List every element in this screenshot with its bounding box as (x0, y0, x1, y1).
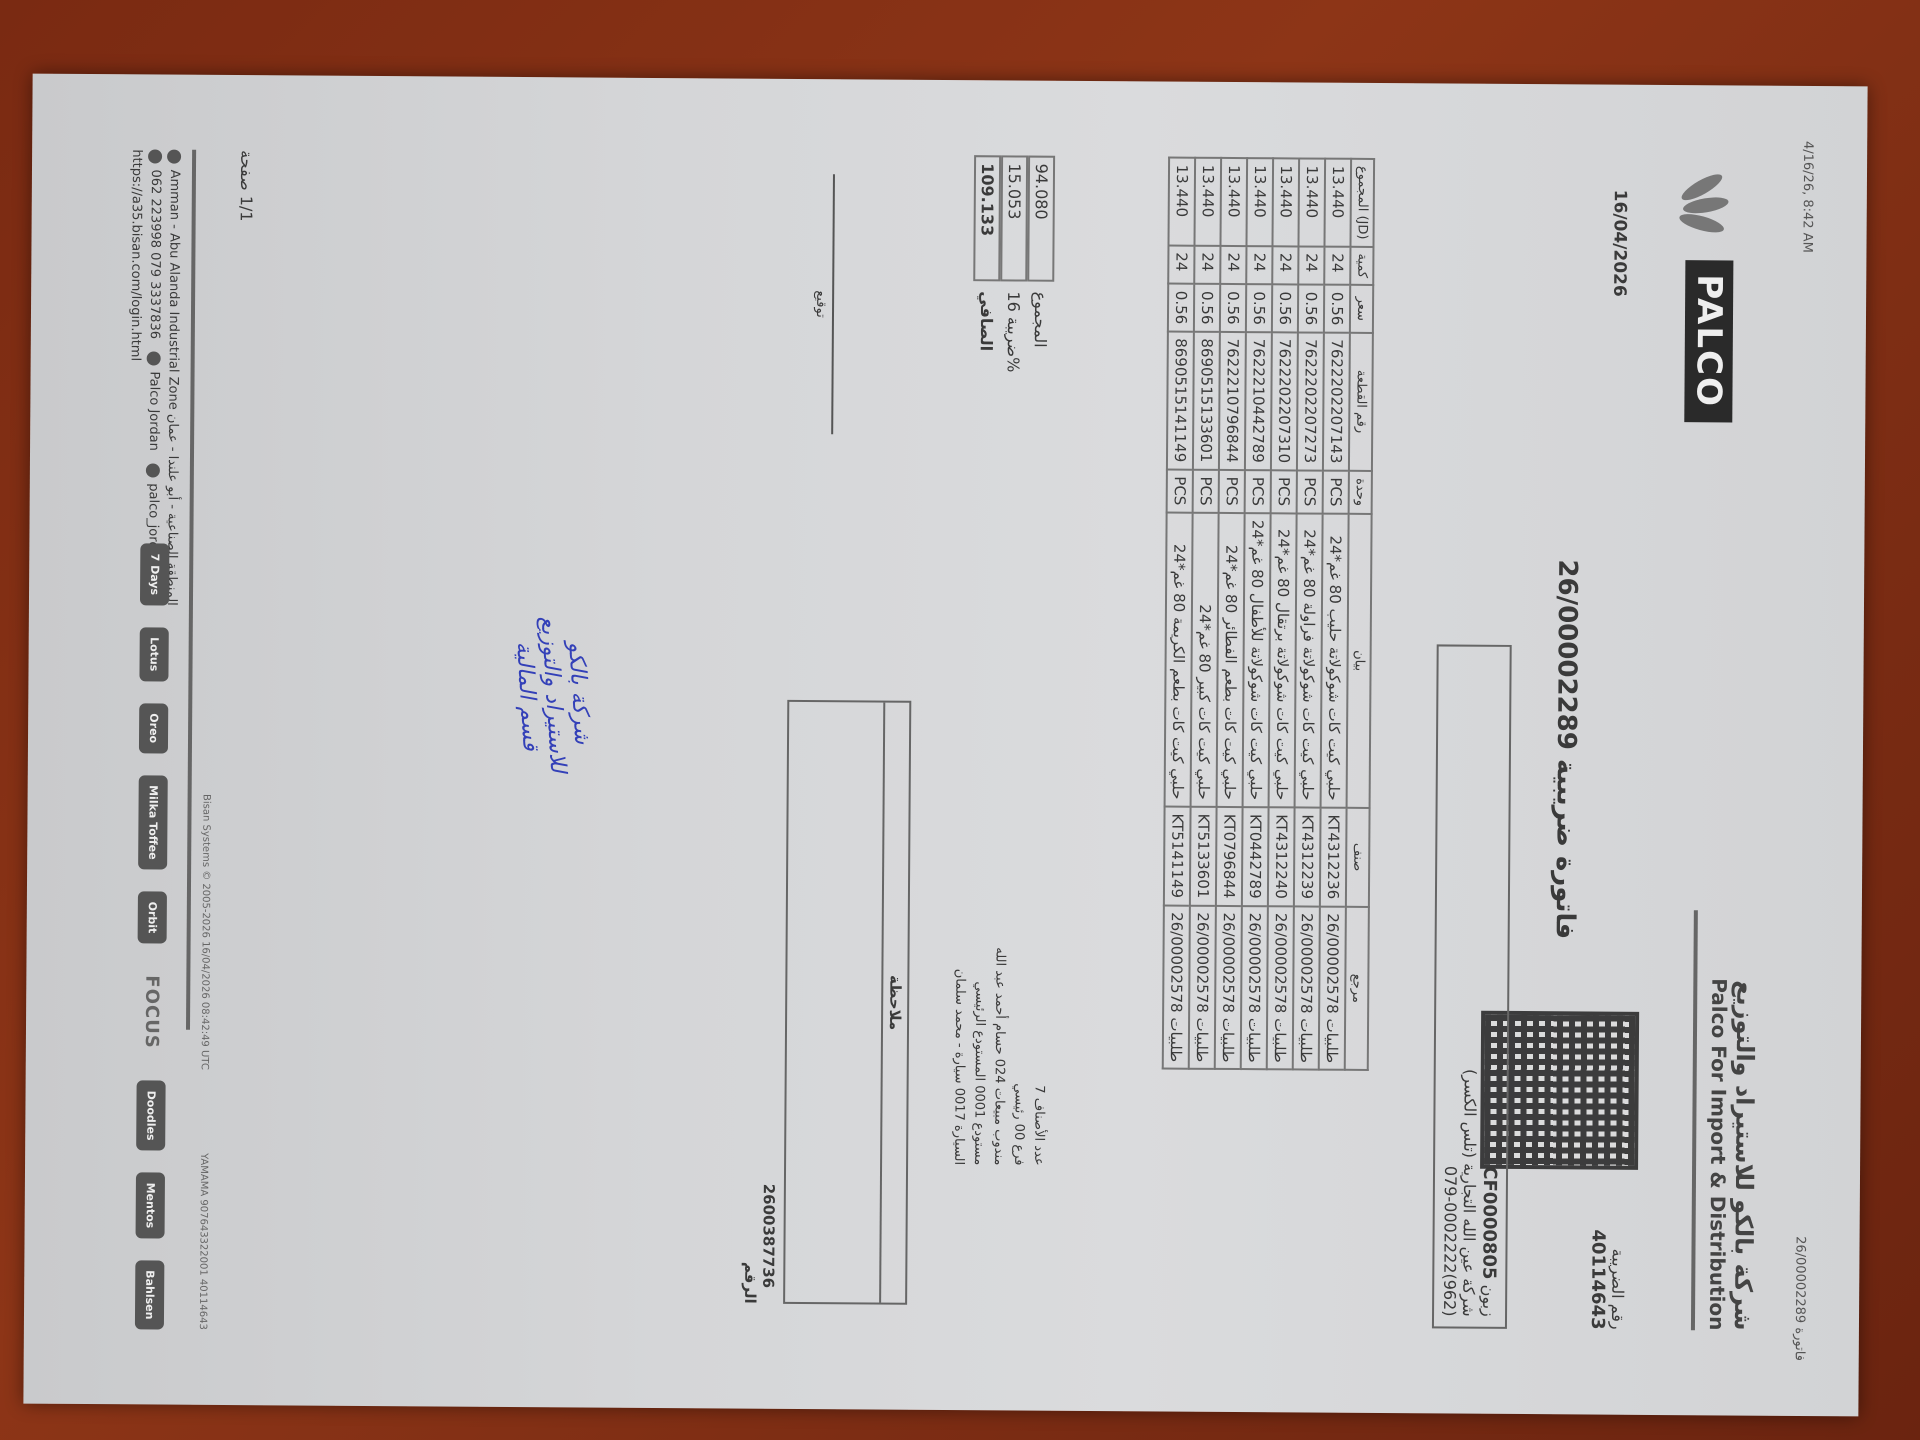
cell-total: 13.440 (1272, 158, 1299, 246)
batch-info: عدد الأصناف 7 فرع 00 رئيسي مندوب مبيعات … (948, 947, 1050, 1166)
warehouse: مستودع 0001 المستودع الرئيسي (968, 947, 990, 1165)
cell-item: KT4312240 (1267, 807, 1294, 906)
brand-logo: Mentos (135, 1172, 164, 1238)
cell-barcode: 7622202207310 (1270, 332, 1297, 470)
cell-unit: PCS (1218, 470, 1244, 513)
footer-rule (185, 150, 195, 1030)
footer-facebook: Palco Jordan (146, 371, 162, 451)
cell-ref: طلبيات 26/00002578 (1292, 906, 1319, 1070)
cell-qty: 24 (1168, 245, 1194, 284)
cell-desc: حلبي كيت كات بطعم الكريمة 80 غم*24 (1164, 512, 1192, 806)
invoice-paper: 4/16/26, 8:42 AM 26/00002289 فاتورة PALC… (23, 74, 1867, 1417)
cell-total: 13.440 (1298, 158, 1325, 246)
brand-logo: Oreo (138, 703, 167, 753)
page-count: 1/1 صفحة (236, 150, 255, 222)
palco-logo: PALCO (1663, 170, 1755, 422)
brand-logo: Bahlsen (134, 1260, 163, 1329)
cell-price: 0.56 (1193, 284, 1219, 332)
tax-number-block: رقم الضريبة 40114643 (1586, 1229, 1627, 1329)
cell-ref: طلبيات 26/00002578 (1266, 906, 1293, 1070)
branch: فرع 00 رئيسي (1008, 947, 1030, 1165)
cell-total: 13.440 (1324, 159, 1351, 247)
cell-unit: PCS (1270, 470, 1296, 513)
cell-unit: PCS (1166, 469, 1192, 512)
tax-number: 40114643 (1586, 1229, 1608, 1329)
notes-number: 2600387736 (759, 1184, 778, 1304)
cell-qty: 24 (1246, 246, 1272, 285)
cell-desc: حلبي كيت كات شوكولاتة حليب 80 غم*24 (1320, 513, 1348, 807)
cell-desc: حلبي كيت كات شوكولاتة برتقال 80 غم*24 (1268, 513, 1296, 807)
footer-phones: 062 223998 079 3337836 (146, 169, 162, 339)
cell-price: 0.56 (1245, 284, 1271, 332)
cell-unit: PCS (1192, 469, 1218, 512)
cell-barcode: 7622202207273 (1296, 332, 1323, 470)
signature-line: توقيع (812, 174, 835, 434)
vehicle: السيارة 0017 سيارة - محمد سلمان (948, 947, 970, 1165)
salesman: مندوب مبيعات 024 حسام أحمد عبد الله (988, 947, 1010, 1165)
facebook-icon (147, 351, 161, 365)
cell-total: 13.440 (1246, 158, 1273, 246)
tax-row: 15.053 ضريبة 16% (999, 155, 1028, 372)
cell-unit: PCS (1322, 470, 1348, 513)
notes-label: ملاحظة (879, 703, 909, 1303)
cell-ref: طلبيات 26/00002578 (1162, 905, 1189, 1069)
customer-phone: (962)079-0002222 (1440, 656, 1464, 1316)
handwritten-stamp: شركة بالكو للاستيراد والتوزيع قسم المالي… (508, 613, 596, 774)
print-header: 4/16/26, 8:42 AM 26/00002289 فاتورة (1791, 141, 1815, 1361)
col-qty: كمية (1350, 246, 1373, 285)
cell-barcode: 7622210796844 (1218, 332, 1245, 470)
col-barcode: رقم القطعة (1348, 332, 1372, 470)
olive-branch-icon (1664, 170, 1755, 251)
cell-qty: 24 (1194, 245, 1220, 284)
subtotal-value: 94.080 (1027, 156, 1055, 282)
subtotal-label: المجموع (1030, 292, 1049, 348)
item-count-label: عدد الأصناف (1031, 1098, 1046, 1166)
footer-address: Amman - Abu Alanda Industrial Zone المنط… (163, 170, 181, 606)
cell-ref: طلبيات 26/00002578 (1188, 905, 1215, 1069)
tax-number-label: رقم الضريبة (1607, 1229, 1627, 1329)
brand-logos: 7 DaysLotusOreoMilka ToffeeOrbitFOCUSDoo… (130, 544, 172, 1330)
net-value: 109.133 (973, 155, 1001, 281)
brand-logo: Milka Toffee (138, 775, 168, 870)
cell-item: KT5133601 (1189, 807, 1216, 906)
brand-logo: Orbit (137, 892, 166, 944)
brand-logo: Lotus (139, 627, 168, 681)
cell-total: 13.440 (1168, 158, 1195, 246)
cell-ref: طلبيات 26/00002578 (1240, 906, 1267, 1070)
location-icon (167, 150, 181, 164)
cell-price: 0.56 (1219, 284, 1245, 332)
brand-logo: Doodles (136, 1081, 165, 1151)
cell-barcode: 7622210442789 (1244, 332, 1271, 470)
company-name-ar: شركة بالكو للاستيراد والتوزيع (1728, 910, 1759, 1330)
invoice-title: فاتورة ضريبية 26/00002289 (1546, 99, 1585, 1399)
print-timestamp: 4/16/26, 8:42 AM (1799, 141, 1815, 253)
cell-price: 0.56 (1297, 285, 1323, 333)
cell-desc: حلبي كيت كات كبير 80 غم*24 (1190, 512, 1218, 806)
customer-code: CF0000805 (1478, 1166, 1500, 1279)
notes-box: ملاحظة (783, 700, 911, 1305)
cell-item: KT5141149 (1163, 806, 1190, 905)
print-doc-ref: 26/00002289 فاتورة (1791, 1236, 1807, 1361)
item-count: 7 (1031, 1085, 1046, 1093)
notes-number-label: الرقم (741, 1184, 760, 1304)
phone-icon (148, 149, 162, 163)
cell-barcode: 8690515133601 (1192, 331, 1219, 469)
brand-logo: FOCUS (132, 965, 170, 1059)
net-row: 109.133 الصافي (972, 155, 1001, 372)
col-price: سعر (1349, 285, 1372, 333)
cell-qty: 24 (1272, 246, 1298, 285)
cell-ref: طلبيات 26/00002578 (1318, 906, 1345, 1070)
instagram-icon (146, 463, 160, 477)
cell-barcode: 8690515141149 (1166, 331, 1193, 469)
cell-price: 0.56 (1323, 285, 1349, 333)
cell-ref: طلبيات 26/00002578 (1214, 905, 1241, 1069)
tax-label: ضريبة 16% (1003, 291, 1023, 372)
cell-total: 13.440 (1194, 158, 1221, 246)
cell-item: KT4312239 (1293, 807, 1320, 906)
cell-price: 0.56 (1167, 284, 1193, 332)
cell-qty: 24 (1324, 246, 1350, 285)
footer: 1/1 صفحة Bisan Systems © 2005-2026 16/04… (116, 149, 195, 1329)
cell-price: 0.56 (1271, 284, 1297, 332)
totals-block: 94.080 المجموع 15.053 ضريبة 16% 109.133 … (972, 155, 1055, 372)
col-total: المجموع (JD) (1350, 159, 1374, 247)
customer-code-label: زبون (1479, 1285, 1498, 1317)
cell-desc: حلبي كيت كات شوكولاتة فراولة 80 غم*24 (1294, 513, 1322, 807)
subtotal-row: 94.080 المجموع (1026, 156, 1055, 373)
invoice-document: 4/16/26, 8:42 AM 26/00002289 فاتورة PALC… (46, 89, 1845, 1401)
cell-item: KT0442789 (1241, 807, 1268, 906)
cell-unit: PCS (1244, 470, 1270, 513)
cell-desc: حلبي كيت كات شوكولاتة للأطفال 80 غم*24 (1242, 513, 1270, 807)
company-name-en: Palco For Import & Distribution (1704, 910, 1731, 1330)
invoice-date: 16/04/2026 (1609, 190, 1630, 297)
header-rule (1690, 910, 1697, 1330)
items-table: المجموع (JD) كمية سعر رقم القطعة وحدة بي… (1161, 157, 1374, 1072)
logo-wordmark: PALCO (1684, 260, 1733, 422)
col-item: صنف (1345, 808, 1369, 907)
company-header: شركة بالكو للاستيراد والتوزيع Palco For … (1690, 910, 1759, 1330)
col-unit: وحدة (1348, 470, 1371, 513)
tax-value: 15.053 (1000, 155, 1028, 281)
cell-unit: PCS (1296, 470, 1322, 513)
copyright: Bisan Systems © 2005-2026 16/04/2026 08:… (198, 794, 211, 1070)
cell-qty: 24 (1298, 246, 1324, 285)
vat-line: YAMAMA 907643322001 40114643 (196, 1153, 208, 1330)
cell-item: KT0796844 (1215, 807, 1242, 906)
cell-qty: 24 (1220, 245, 1246, 284)
cell-item: KT4312236 (1319, 807, 1346, 906)
customer-box: زبون CF0000805 شركة عين الله التجارية (ت… (1431, 644, 1511, 1329)
net-label: الصافي (976, 291, 995, 351)
cell-desc: حلبي كيت كات بطعم الفطائر 80 غم*24 (1216, 513, 1244, 807)
brand-logo: 7 Days (139, 544, 168, 606)
notes-number-block: 2600387736 الرقم (741, 1184, 778, 1304)
col-description: بيان (1346, 514, 1371, 808)
col-reference: مرجع (1344, 906, 1368, 1070)
cell-barcode: 7622202207143 (1322, 332, 1349, 470)
cell-total: 13.440 (1220, 158, 1247, 246)
